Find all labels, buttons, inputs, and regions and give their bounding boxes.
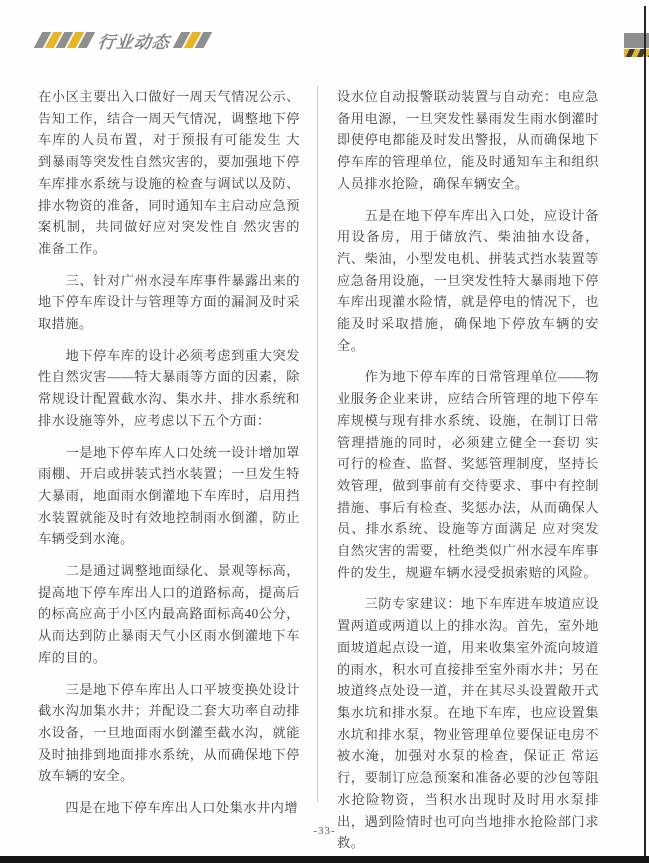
- article-body: 在小区主要出入口做好一周天气情况公示、告知工作，结合一周天气情况，调整地下停车库…: [38, 86, 599, 854]
- paragraph: 一是地下停车库人口处统一设计增加罩雨棚、开启或拼装式挡水装置；一旦发生特大暴雨，…: [38, 442, 300, 551]
- paragraph: 在小区主要出入口做好一周天气情况公示、告知工作，结合一周天气情况，调整地下停车库…: [38, 86, 300, 260]
- magazine-page: 行业动态 在小区主要出入口做好一周天气情况公示、告知工作，结合一周天气情况，调整…: [0, 0, 649, 863]
- paragraph: 作为地下停车库的日常管理单位——物业服务企业来讲，应结合所管理的地下停车库规模与…: [337, 366, 599, 583]
- paragraph: 设水位自动报警联动装置与自动充：电应急备用电源，一旦突发性暴雨发生雨水倒灌时即使…: [337, 86, 599, 195]
- page-number: -33-: [313, 825, 335, 837]
- column-divider: [317, 86, 318, 802]
- left-column: 在小区主要出入口做好一周天气情况公示、告知工作，结合一周天气情况，调整地下停车库…: [38, 86, 300, 854]
- page-right-edge: [644, 6, 646, 856]
- paragraph: 三是地下停车库出人口平坡变换处设计截水沟加集水井；并配设二套大功率自动排水设备，…: [38, 679, 300, 788]
- page-footer: -33-: [0, 821, 649, 839]
- right-column: 设水位自动报警联动装置与自动充：电应急备用电源，一旦突发性暴雨发生雨水倒灌时即使…: [337, 86, 599, 854]
- paragraph: 四是在地下停车库出人口处集水井内增: [38, 797, 300, 819]
- page-bottom-edge: [0, 856, 649, 863]
- paragraph: 地下停车库的设计必须考虑到重大突发性自然灾害——特大暴雨等方面的因素，除常规设计…: [38, 345, 300, 432]
- header-stripes-right-icon: [177, 32, 210, 48]
- section-title: 行业动态: [97, 28, 172, 53]
- paragraph: 五是在地下停车库出入口处，应设计备用设备房，用于储放汽、柴油抽水设备，汽、柴油，…: [337, 205, 599, 357]
- header-stripes-left-icon: [38, 32, 93, 48]
- paragraph: 三防专家建议：地下车库进车坡道应设置两道或两道以上的排水沟。首先，室外地面坡道起…: [337, 593, 599, 853]
- paragraph: 三、针对广州水浸车库事件暴露出来的地下停车库设计与管理等方面的漏洞及时采取措施。: [38, 270, 300, 335]
- paragraph: 二是通过调整地面绿化、景观等标高，提高地下停车库出人口的道路标高，提高后的标高应…: [38, 560, 300, 669]
- section-header: 行业动态: [38, 30, 210, 50]
